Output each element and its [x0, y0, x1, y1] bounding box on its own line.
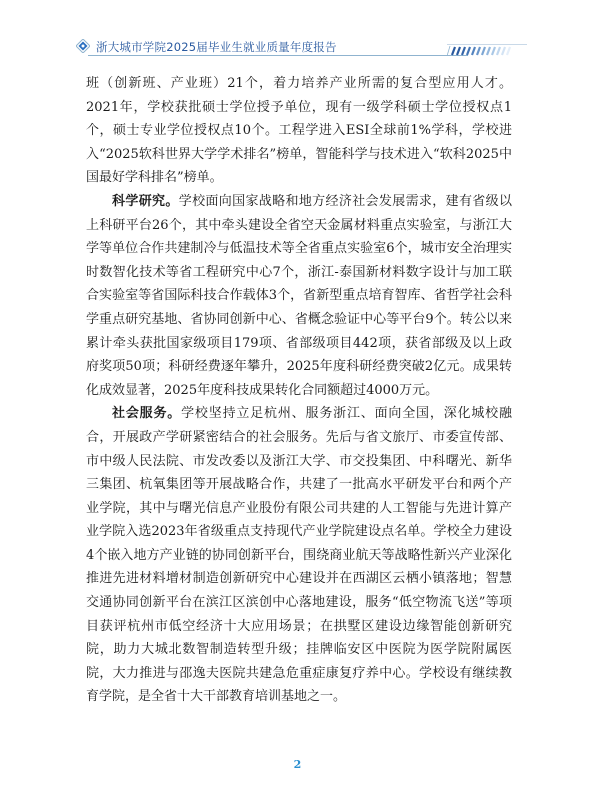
paragraph-text: 学校坚持立足杭州、服务浙江、面向全国，深化城校融合，开展政产学研紧密结合的社会服…: [86, 406, 512, 704]
page-number: 2: [0, 758, 595, 771]
section-lead-social-service: 社会服务。: [112, 406, 181, 421]
paragraph-talent-cultivation: 班（创新班、产业班）21个，着力培养产业所需的复合型应用人才。2021年，学校获…: [86, 72, 512, 190]
paragraph-scientific-research: 科学研究。学校面向国家战略和地方经济社会发展需求，建有省级以上科研平台26个，其…: [86, 190, 512, 402]
diagonal-stripes-decoration: [447, 44, 527, 56]
report-header: 浙大城市学院2025届毕业生就业质量年度报告: [76, 36, 458, 58]
report-title: 浙大城市学院2025届毕业生就业质量年度报告: [96, 39, 337, 55]
paragraph-social-service: 社会服务。学校坚持立足杭州、服务浙江、面向全国，深化城校融合，开展政产学研紧密结…: [86, 402, 512, 709]
diamond-logo-icon: [76, 39, 90, 53]
paragraph-text: 学校面向国家战略和地方经济社会发展需求，建有省级以上科研平台26个，其中牵头建设…: [86, 194, 512, 398]
document-body: 班（创新班、产业班）21个，着力培养产业所需的复合型应用人才。2021年，学校获…: [86, 72, 512, 709]
section-lead-scientific-research: 科学研究。: [112, 194, 179, 209]
header-divider: [88, 55, 468, 56]
